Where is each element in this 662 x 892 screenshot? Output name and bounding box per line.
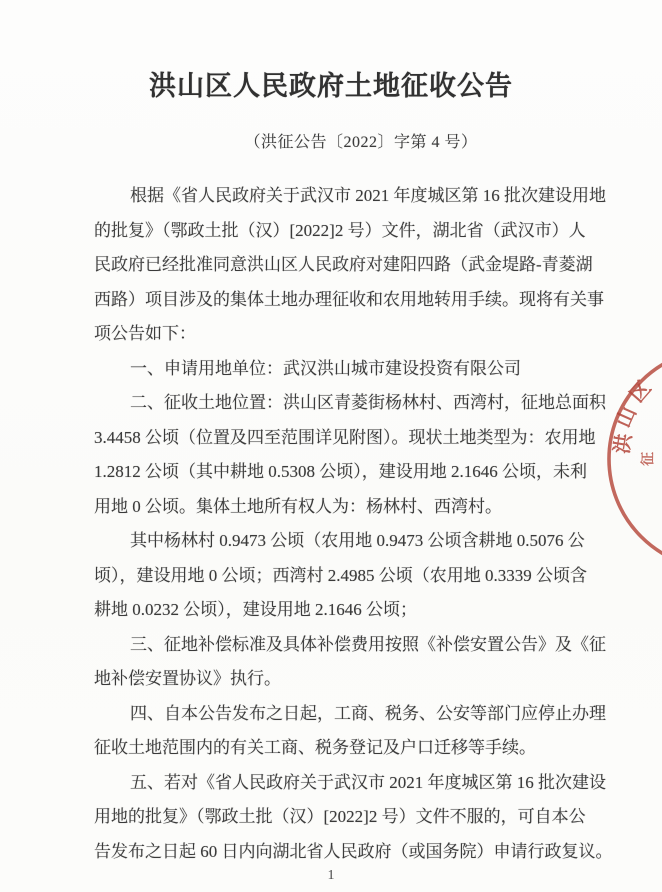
text-line: 告发布之日起 60 日内向湖北省人民政府（或国务院）申请行政复议。 [94,835,576,870]
text-line: 1.2812 公顷（其中耕地 0.5308 公顷），建设用地 2.1646 公顷… [94,455,576,490]
text-line: 征收土地范围内的有关工商、税务登记及户口迁移等手续。 [94,731,576,766]
text-line: 根据《省人民政府关于武汉市 2021 年度城区第 16 批次建设用地 [94,179,576,214]
text-line: 用地的批复》（鄂政土批（汉）[2022]2 号）文件不服的，可自本公 [94,800,576,835]
paragraph: 三、征地补偿标准及具体补偿费用按照《补偿安置公告》及《征地补偿安置协议》执行。 [94,628,576,697]
text-line: 四、自本公告发布之日起，工商、税务、公安等部门应停止办理 [94,697,576,732]
text-line: 二、征收土地位置：洪山区青菱街杨林村、西湾村，征地总面积 [94,386,576,421]
seal-character: 山 [612,403,641,431]
page-number: 1 [0,868,662,884]
text-line: 民政府已经批准同意洪山区人民政府对建阳四路（武金堤路-青菱湖 [94,248,576,283]
text-line: 地补偿安置协议》执行。 [94,662,576,697]
document-page: 洪山区人民政府土地征收公告 （洪征公告〔2022〕字第 4 号） 根据《省人民政… [0,0,662,892]
text-line: 耕地 0.0232 公顷），建设用地 2.1646 公顷； [94,593,576,628]
text-line: 的批复》（鄂政土批（汉）[2022]2 号）文件，湖北省（武汉市）人 [94,214,576,249]
paragraph: 一、申请用地单位：武汉洪山城市建设投资有限公司 [94,352,576,387]
paragraph: 根据《省人民政府关于武汉市 2021 年度城区第 16 批次建设用地的批复》（鄂… [94,179,576,352]
paragraph: 二、征收土地位置：洪山区青菱街杨林村、西湾村，征地总面积3.4458 公顷（位置… [94,386,576,524]
text-line: 西路）项目涉及的集体土地办理征收和农用地转用手续。现将有关事 [94,283,576,318]
official-seal: 区 山 洪 征 [592,349,662,569]
paragraph: 其中杨林村 0.9473 公顷（农用地 0.9473 公顷含耕地 0.5076 … [94,524,576,628]
document-number: （洪征公告〔2022〕字第 4 号） [30,129,662,152]
text-line: 三、征地补偿标准及具体补偿费用按照《补偿安置公告》及《征 [94,628,576,663]
document-title: 洪山区人民政府土地征收公告 [0,64,662,103]
text-line: 用地 0 公顷。集体土地所有权人为：杨林村、西湾村。 [94,490,576,525]
seal-border [609,349,662,569]
seal-character: 征 [639,452,656,466]
seal-character: 洪 [609,432,636,456]
paragraph: 四、自本公告发布之日起，工商、税务、公安等部门应停止办理征收土地范围内的有关工商… [94,697,576,766]
document-body: 根据《省人民政府关于武汉市 2021 年度城区第 16 批次建设用地的批复》（鄂… [94,179,576,869]
paragraph: 五、若对《省人民政府关于武汉市 2021 年度城区第 16 批次建设用地的批复》… [94,766,576,870]
text-line: 3.4458 公顷（位置及四至范围详见附图）。现状土地类型为：农用地 [94,421,576,456]
text-line: 顷），建设用地 0 公顷；西湾村 2.4985 公顷（农用地 0.3339 公顷… [94,559,576,594]
text-line: 一、申请用地单位：武汉洪山城市建设投资有限公司 [94,352,576,387]
text-line: 其中杨林村 0.9473 公顷（农用地 0.9473 公顷含耕地 0.5076 … [94,524,576,559]
text-line: 项公告如下： [94,317,576,352]
seal-character: 区 [625,377,655,407]
text-line: 五、若对《省人民政府关于武汉市 2021 年度城区第 16 批次建设 [94,766,576,801]
